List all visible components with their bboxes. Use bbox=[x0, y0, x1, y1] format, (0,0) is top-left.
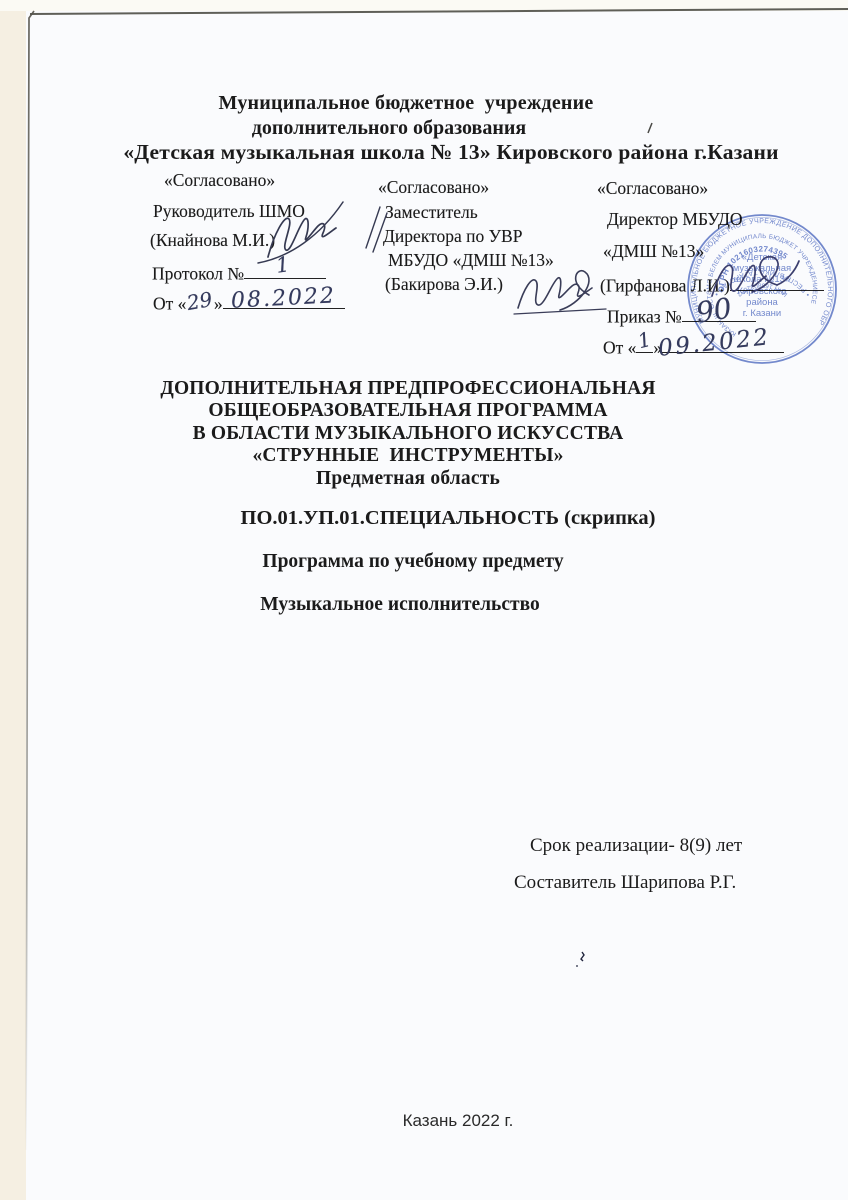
approval1-date-row: От «29»08.2022 bbox=[153, 290, 345, 314]
approval3-role1: Директор МБУДО bbox=[607, 209, 743, 230]
date-line: 09.2022 bbox=[662, 334, 784, 353]
subject-area-label: Предметная область bbox=[0, 468, 816, 490]
date-prefix: От « bbox=[153, 293, 186, 313]
date-prefix: От « bbox=[603, 337, 636, 357]
program-title-line4: «СТРУННЫЕ ИНСТРУМЕНТЫ» bbox=[0, 445, 816, 467]
org-name-line2: дополнительного образования bbox=[0, 117, 778, 140]
date-day-line: 1 bbox=[636, 334, 653, 353]
approval2-title: «Согласовано» bbox=[378, 177, 489, 198]
program-title-line3: В ОБЛАСТИ МУЗЫКАЛЬНОГО ИСКУССТВА bbox=[0, 423, 816, 445]
approval-column-shmo: «Согласовано» Руководитель ШМО (Кнайнова… bbox=[150, 168, 390, 338]
term-of-realization: Срок реализации- 8(9) лет bbox=[530, 835, 742, 857]
program-title-line1: ДОПОЛНИТЕЛЬНАЯ ПРЕДПРОФЕССИОНАЛЬНАЯ bbox=[0, 378, 816, 400]
approval2-person: (Бакирова Э.И.) bbox=[385, 274, 503, 295]
program-label: Программа по учебному предмету bbox=[0, 551, 826, 573]
protocol-number-line: 1 bbox=[244, 260, 326, 279]
handwritten-date-day: 29 bbox=[185, 287, 214, 315]
handwritten-protocol-number: 1 bbox=[274, 253, 291, 279]
date-suffix: » bbox=[214, 293, 223, 313]
approval1-protocol-row: Протокол №1 bbox=[152, 260, 326, 284]
city-year-footer: Казань 2022 г. bbox=[58, 1111, 848, 1131]
approval3-order-row: Приказ №90 bbox=[607, 303, 756, 327]
org-name-line1: Муниципальное бюджетное учреждение bbox=[0, 92, 812, 115]
protocol-label: Протокол № bbox=[152, 263, 244, 283]
approval1-title: «Согласовано» bbox=[164, 170, 275, 191]
approval2-role3: МБУДО «ДМШ №13» bbox=[388, 250, 554, 271]
approval3-person-row: (Гирфанова Л.И.) bbox=[600, 272, 824, 296]
director-signature-line bbox=[730, 272, 824, 291]
program-title-block: ДОПОЛНИТЕЛЬНАЯ ПРЕДПРОФЕССИОНАЛЬНАЯ ОБЩЕ… bbox=[0, 378, 816, 490]
approval2-role2: Директора по УВР bbox=[383, 226, 522, 247]
approval3-title: «Согласовано» bbox=[597, 178, 708, 199]
scan-top-margin bbox=[0, 0, 848, 11]
handwritten-date-value: 08.2022 bbox=[230, 284, 336, 314]
approval3-role2: «ДМШ №13» bbox=[603, 241, 704, 262]
org-name-line3: «Детская музыкальная школа № 13» Кировск… bbox=[62, 140, 840, 165]
approval3-person: (Гирфанова Л.И.) bbox=[600, 275, 730, 295]
approval1-role: Руководитель ШМО bbox=[153, 201, 305, 222]
approval-column-deputy: «Согласовано» Заместитель Директора по У… bbox=[376, 177, 596, 317]
subject-code: ПО.01.УП.01.СПЕЦИАЛЬНОСТЬ (скрипка) bbox=[40, 507, 848, 530]
order-number-line: 90 bbox=[682, 303, 756, 322]
approval1-person: (Кнайнова М.И.) bbox=[150, 230, 275, 251]
handwritten-date-value: 09.2022 bbox=[657, 325, 772, 363]
approval-column-director: «Согласовано» Директор МБУДО «ДМШ №13» (… bbox=[597, 178, 842, 378]
compiler: Составитель Шарипова Р.Г. bbox=[514, 872, 736, 894]
ink-speck bbox=[576, 952, 584, 967]
program-title-line2: ОБЩЕОБРАЗОВАТЕЛЬНАЯ ПРОГРАММА bbox=[0, 400, 816, 422]
scanned-title-page: { "document": { "org_lines": [ "Муниципа… bbox=[0, 0, 848, 1200]
approval2-role1: Заместитель bbox=[385, 202, 478, 223]
approval3-date-row: От «1»09.2022 bbox=[603, 334, 784, 358]
subject-name: Музыкальное исполнительство bbox=[0, 594, 800, 616]
handwritten-order-number: 90 bbox=[693, 292, 733, 330]
handwritten-date-day: 1 bbox=[636, 327, 654, 353]
order-label: Приказ № bbox=[607, 306, 682, 326]
date-line: 08.2022 bbox=[223, 290, 345, 309]
